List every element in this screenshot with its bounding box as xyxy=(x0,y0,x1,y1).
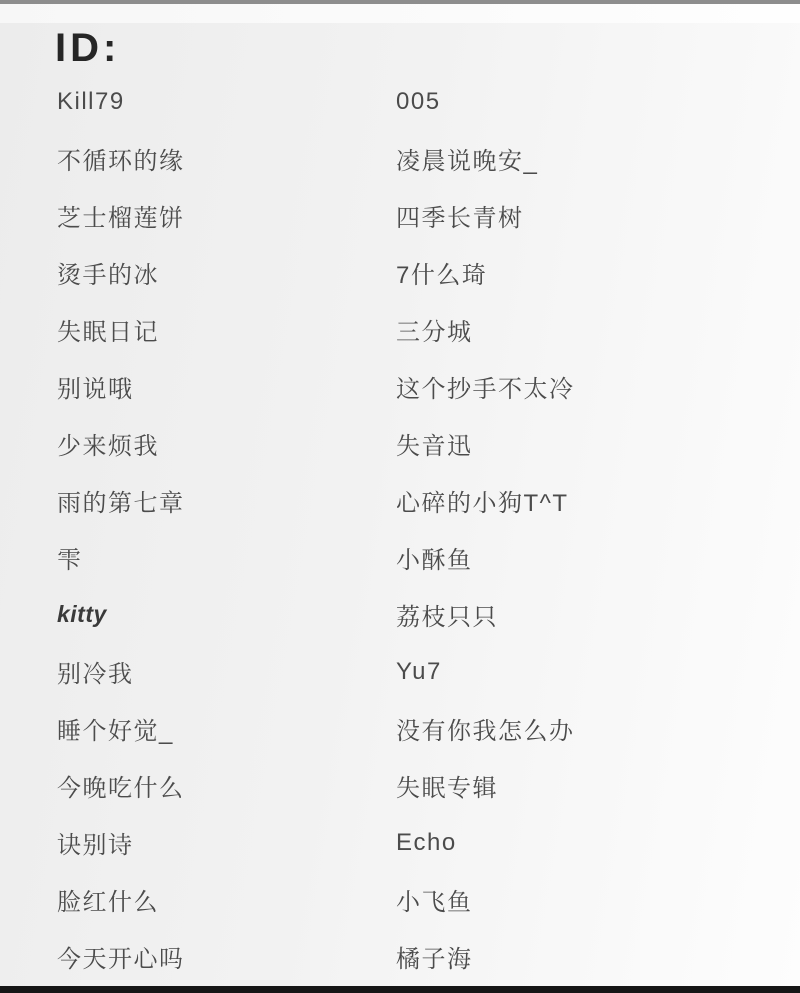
id-item: 诀别诗 xyxy=(57,825,396,860)
list-row: 雨的第七章 心碎的小狗T^T xyxy=(0,472,800,529)
id-item: 失眠专辑 xyxy=(396,768,800,803)
list-row: 今天开心吗 橘子海 xyxy=(0,928,800,985)
id-item: 雫 xyxy=(57,540,396,575)
list-row: 芝士榴莲饼 四季长青树 xyxy=(0,187,800,244)
id-item: Echo xyxy=(396,829,800,857)
id-item: 这个抄手不太冷 xyxy=(396,369,800,404)
list-row: 脸红什么 小飞鱼 xyxy=(0,871,800,928)
list-row: 不循环的缘 凌晨说晚安_ xyxy=(0,130,800,187)
list-row: 诀别诗 Echo xyxy=(0,814,800,871)
id-item: 不循环的缘 xyxy=(57,141,396,176)
list-row: 今晚吃什么 失眠专辑 xyxy=(0,757,800,814)
id-item: 烫手的冰 xyxy=(57,255,396,290)
id-item: 心碎的小狗T^T xyxy=(396,483,800,518)
list-row: 少来烦我 失音迅 xyxy=(0,415,800,472)
id-item: Yu7 xyxy=(396,658,800,686)
list-row: 别冷我 Yu7 xyxy=(0,643,800,700)
id-item: 失眠日记 xyxy=(57,312,396,347)
top-white-strip xyxy=(0,4,800,23)
list-row: Kill79 005 xyxy=(0,73,800,130)
id-item: 橘子海 xyxy=(396,939,800,974)
id-item: 少来烦我 xyxy=(57,426,396,461)
id-item: 凌晨说晚安_ xyxy=(396,141,800,176)
list-row: kitty 荔枝只只 xyxy=(0,586,800,643)
id-item: 雨的第七章 xyxy=(57,483,396,518)
list-row: 雫 小酥鱼 xyxy=(0,529,800,586)
id-item: Kill79 xyxy=(57,88,396,116)
id-item: 睡个好觉_ xyxy=(57,711,396,746)
id-item: 005 xyxy=(396,88,800,116)
id-item: 别说哦 xyxy=(57,369,396,404)
page-title: ID: xyxy=(55,26,120,71)
id-list: Kill79 005 不循环的缘 凌晨说晚安_ 芝士榴莲饼 四季长青树 烫手的冰… xyxy=(0,73,800,985)
list-row: 睡个好觉_ 没有你我怎么办 xyxy=(0,700,800,757)
id-item: 荔枝只只 xyxy=(396,597,800,632)
id-item: 小飞鱼 xyxy=(396,882,800,917)
id-item: 脸红什么 xyxy=(57,882,396,917)
list-row: 烫手的冰 7什么琦 xyxy=(0,244,800,301)
id-item: 没有你我怎么办 xyxy=(396,711,800,746)
id-item: 三分城 xyxy=(396,312,800,347)
id-item: kitty xyxy=(57,601,396,628)
id-item: 今天开心吗 xyxy=(57,939,396,974)
bottom-edge-line xyxy=(0,986,800,993)
list-row: 别说哦 这个抄手不太冷 xyxy=(0,358,800,415)
id-item: 别冷我 xyxy=(57,654,396,689)
list-row: 失眠日记 三分城 xyxy=(0,301,800,358)
id-item: 小酥鱼 xyxy=(396,540,800,575)
id-item: 四季长青树 xyxy=(396,198,800,233)
id-item: 7什么琦 xyxy=(396,255,800,290)
id-list-page: ID: Kill79 005 不循环的缘 凌晨说晚安_ 芝士榴莲饼 四季长青树 … xyxy=(0,0,800,993)
id-item: 今晚吃什么 xyxy=(57,768,396,803)
id-item: 芝士榴莲饼 xyxy=(57,198,396,233)
id-item: 失音迅 xyxy=(396,426,800,461)
